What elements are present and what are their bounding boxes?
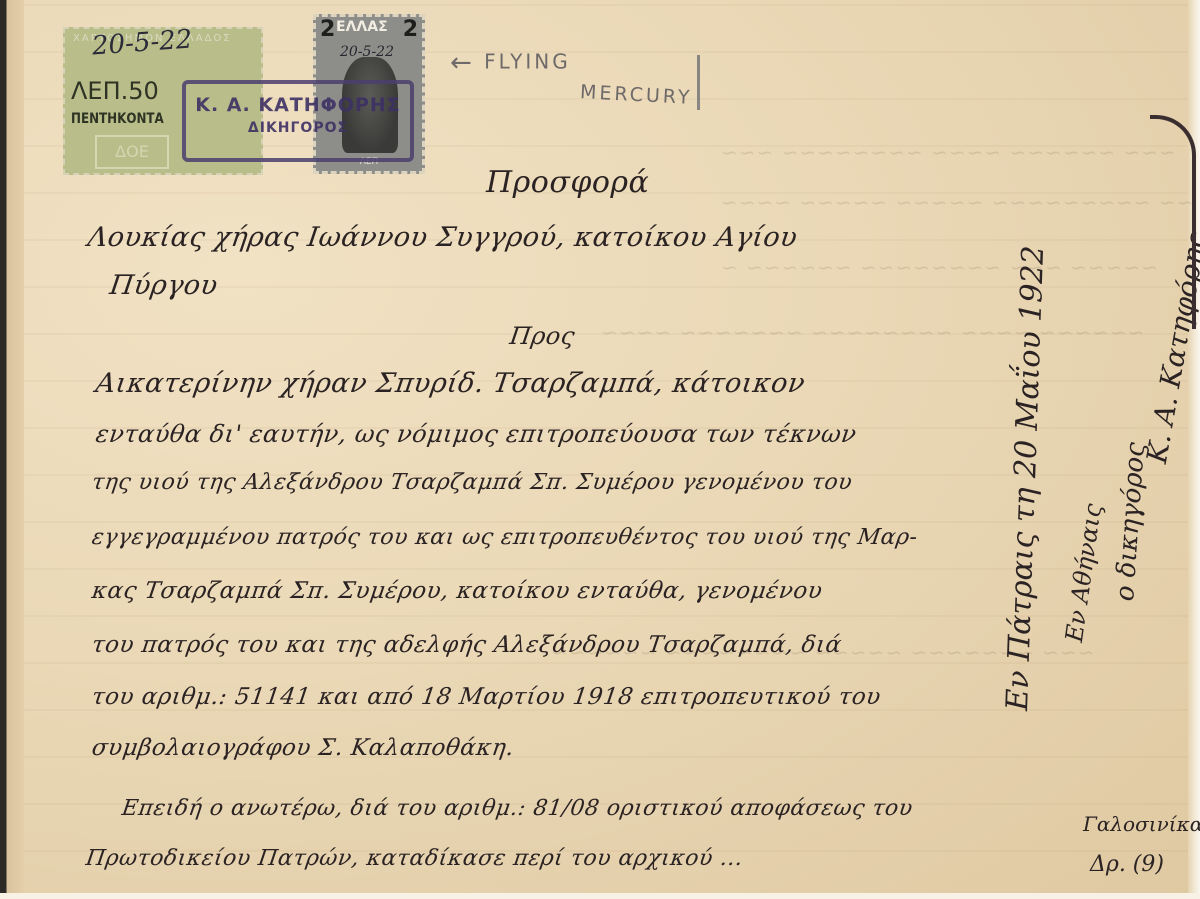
- body-line: συμβολαιογράφου Σ. Καλαποθάκη.: [90, 735, 516, 761]
- postage-denomination-left: 2: [320, 17, 335, 42]
- postage-country: ΕΛΛΑΣ: [336, 19, 388, 35]
- body-line: της υιού της Αλεξάνδρου Τσαρζαμπά Σπ. Συ…: [90, 470, 854, 495]
- lawyer-stamp: Κ. Α. ΚΑΤΗΦΟΡΗΣ ΔΙΚΗΓΟΡΟΣ: [182, 80, 414, 162]
- arrow-left-icon: ←: [450, 48, 475, 78]
- body-line: Επειδή ο ανωτέρω, διά του αριθμ.: 81/08 …: [120, 796, 914, 821]
- lawyer-title: ΔΙΚΗΓΟΡΟΣ: [186, 120, 410, 136]
- body-line: του πατρός του και της αδελφής Αλεξάνδρο…: [90, 632, 843, 658]
- body-line: Πρωτοδικείου Πατρών, καταδίκασε περί του…: [84, 846, 744, 871]
- lawyer-name: Κ. Α. ΚΑΤΗΦΟΡΗΣ: [186, 94, 410, 116]
- pencil-bracket: [697, 55, 700, 110]
- document-title: Προσφορά: [486, 165, 649, 200]
- annotation-line-1: FLYING: [484, 50, 571, 74]
- scan-edge-left: [0, 0, 24, 899]
- revenue-stamp-value: ΛΕΠ.50: [71, 77, 159, 105]
- body-line: Πύργου: [108, 270, 220, 301]
- body-line-recipient-heading: Προς: [508, 322, 577, 350]
- bleed-through-text: ~~ ~~~~~~~~~ ~~~~~ ~~~~~ ~~~~: [720, 190, 1193, 214]
- body-line: ενταύθα δι' εαυτήν, ως νόμιμος επιτροπεύ…: [94, 420, 858, 448]
- postage-denomination-right: 2: [403, 17, 418, 42]
- body-line: του αριθμ.: 51141 και από 18 Μαρτίου 191…: [90, 684, 882, 710]
- scan-edge-bottom: [0, 893, 1200, 899]
- body-line: Αικατερίνην χήραν Σπυρίδ. Τσαρζαμπά, κάτ…: [94, 368, 807, 399]
- body-line: κας Τσαρζαμπά Σπ. Συμέρου, κατοίκου εντα…: [90, 578, 824, 604]
- body-line: Λουκίας χήρας Ιωάννου Συγγρού, κατοίκου …: [86, 222, 800, 253]
- bleed-through-text: ~~~~~~ ~~~~ ~~~~~~~~ ~~~~~~~ ~~~~: [600, 320, 1144, 344]
- bleed-through-text: ~~~ ~~~~~~ ~~~~ ~~~~~~~~ ~~~: [720, 140, 1176, 164]
- body-line: εγγεγραμμένου πατρός του και ως επιτροπε…: [90, 525, 919, 550]
- revenue-stamp-word: ΠΕΝΤΗΚΟΝΤΑ: [71, 111, 164, 127]
- bleed-through-text: ~~~~~ ~~~ ~~~~~~~~ ~~~~~~ ~: [720, 255, 1158, 279]
- pencil-annotation: ← FLYING: [450, 48, 571, 78]
- bottom-right-note: Γαλοσινίκας: [1083, 812, 1200, 836]
- postage-cancel-date: 20-5-22: [340, 44, 394, 60]
- revenue-stamp-bottom-label: ΔΟΕ: [95, 135, 169, 169]
- bottom-right-fee: Δρ. (9): [1090, 852, 1164, 877]
- signature-flourish: [1150, 115, 1196, 329]
